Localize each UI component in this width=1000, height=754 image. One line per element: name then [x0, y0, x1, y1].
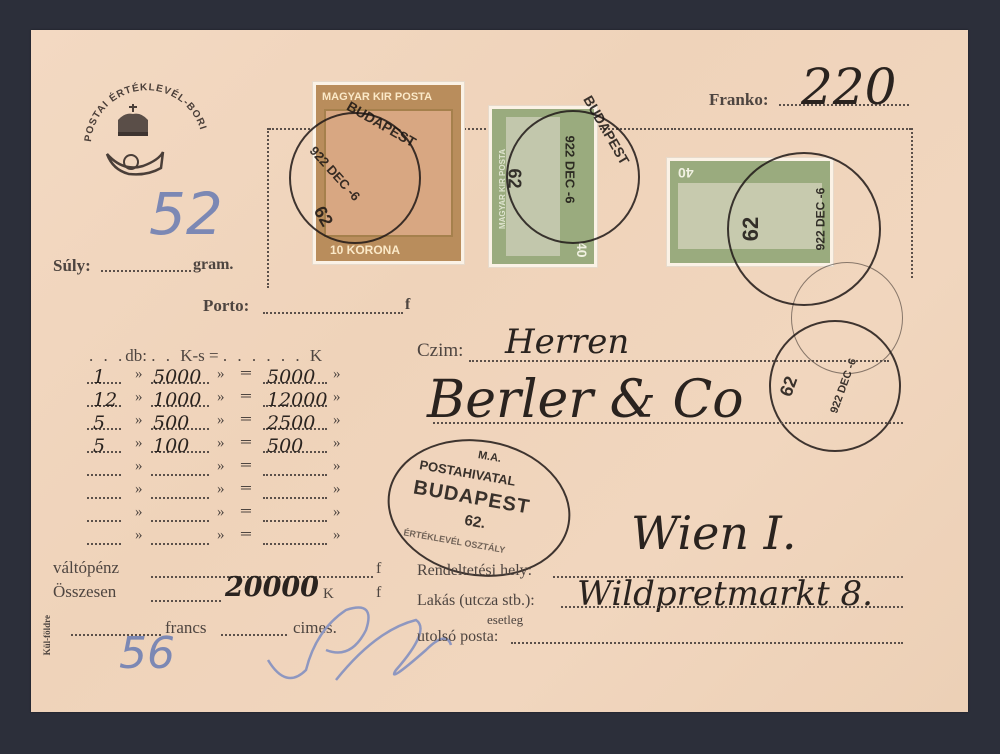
- ledger-separator: »: [135, 435, 143, 452]
- budapest-cancel-2: BUDAPEST 922 DEC -6 62: [506, 110, 640, 244]
- destination-value: Wien I.: [631, 506, 796, 560]
- handwritten-weight-note: 52: [149, 180, 223, 248]
- ledger-count-dots: [87, 543, 121, 545]
- ledger-total: 12000: [267, 389, 327, 411]
- address-line-2: Berler & Co: [427, 370, 744, 430]
- address-dots-1: [469, 360, 889, 362]
- last-post-dots: [511, 642, 903, 644]
- ledger-count: 5: [93, 435, 105, 457]
- ledger-separator: »: [135, 504, 143, 521]
- ledger-separator: »: [135, 527, 143, 544]
- ledger-separator: »: [333, 481, 341, 498]
- ledger-denom: 100: [153, 435, 189, 457]
- ledger-denom: 500: [153, 412, 189, 434]
- ledger-count-dots: [87, 520, 121, 522]
- ledger-count-dots: [87, 474, 121, 476]
- envelope: POSTAI ÉRTÉKLEVÉL-BORITÉK 52 Súly: gram.…: [31, 30, 968, 712]
- ledger-header-count: db:: [125, 346, 147, 365]
- porto-dots: [263, 312, 403, 314]
- ledger-header-equals: =: [209, 346, 219, 365]
- total-label: Összesen: [53, 582, 116, 602]
- ledger-total: 2500: [267, 412, 315, 434]
- ledger-separator: »: [135, 458, 143, 475]
- ledger-total-dots: [263, 520, 327, 522]
- ledger-separator: »: [217, 366, 225, 383]
- ledger-denom: 5000: [153, 366, 201, 388]
- street-value: Wildpretmarkt 8.: [577, 574, 873, 614]
- ledger-denom: 1000: [153, 389, 201, 411]
- ledger-separator: »: [333, 366, 341, 383]
- lakas-dots: [561, 606, 903, 608]
- lakas-label: Lakás (utcza stb.):: [417, 592, 535, 610]
- destination-label: Rendeltetési hely:: [417, 562, 532, 580]
- ledger-separator: »: [217, 412, 225, 429]
- ledger-separator: »: [217, 389, 225, 406]
- ledger-separator: »: [217, 527, 225, 544]
- ledger-count: 1: [93, 366, 105, 388]
- czim-label: Czim:: [417, 340, 463, 362]
- ledger-separator: »: [135, 389, 143, 406]
- ledger-total-dots: [263, 474, 327, 476]
- ledger-count-dots: [87, 497, 121, 499]
- stamp-area-right-dots: [911, 128, 913, 278]
- ledger-separator: »: [333, 504, 341, 521]
- weight-dots: [101, 270, 191, 272]
- ledger-separator: »: [135, 481, 143, 498]
- franko-label: Franko:: [709, 90, 769, 110]
- ledger-equals: ═: [241, 481, 251, 497]
- ledger-equals: ═: [241, 458, 251, 474]
- ledger-separator: »: [135, 412, 143, 429]
- ledger-count: 12: [93, 389, 117, 411]
- ledger-separator: »: [333, 527, 341, 544]
- ledger-denom-dots: [151, 543, 209, 545]
- ledger-equals: ═: [241, 527, 251, 543]
- ledger-separator: »: [333, 435, 341, 452]
- ledger-equals: ═: [241, 504, 251, 520]
- stamp-value: 10 KORONA: [330, 243, 400, 257]
- ledger-separator: »: [217, 481, 225, 498]
- ledger-equals: ═: [241, 435, 251, 451]
- ledger-header: . . .db: . . K-s = . . . . . . K: [89, 346, 322, 366]
- ledger-denom-dots: [151, 520, 209, 522]
- ledger-header-denom: K-s: [180, 346, 205, 365]
- ledger-header-total: K: [310, 346, 322, 365]
- stamp-value: 40: [574, 242, 590, 258]
- change-label: váltópénz: [53, 558, 119, 578]
- ledger-separator: »: [333, 389, 341, 406]
- ledger-separator: »: [217, 458, 225, 475]
- stamp-header: MAGYAR KIR POSTA: [322, 91, 432, 103]
- ledger-total: 5000: [267, 366, 315, 388]
- ledger-separator: »: [217, 435, 225, 452]
- crown-icon: [113, 102, 153, 142]
- ledger-total-dots: [263, 497, 327, 499]
- ledger-total-dots: [263, 543, 327, 545]
- porto-label: Porto:: [203, 296, 249, 316]
- budapest-cancel-4: 62 922 DEC -6: [769, 320, 901, 452]
- stamp-area-left-dots: [267, 128, 269, 288]
- stamp-area-top-dots-right: [671, 128, 911, 130]
- foreign-label: Kül-földre: [43, 615, 63, 655]
- weight-label: Súly:: [53, 256, 91, 276]
- change-unit: f: [376, 560, 381, 578]
- address-line-1: Herren: [505, 322, 629, 362]
- ledger-denom-dots: [151, 474, 209, 476]
- franko-value: 220: [801, 58, 896, 116]
- total-dots: [151, 600, 221, 602]
- handwritten-bottom-note: 56: [119, 628, 175, 679]
- stamp-header: MAGYAR KIR POSTA: [498, 149, 507, 229]
- ledger-separator: »: [217, 504, 225, 521]
- post-horn-icon: [103, 146, 167, 180]
- esetleg-label: esetleg: [487, 612, 523, 628]
- weight-unit: gram.: [193, 256, 233, 274]
- ledger-denom-dots: [151, 497, 209, 499]
- ledger-count: 5: [93, 412, 105, 434]
- address-dots-2: [433, 422, 903, 424]
- ledger-separator: »: [333, 458, 341, 475]
- porto-unit: f: [405, 296, 410, 314]
- ledger-equals: ═: [241, 412, 251, 428]
- budapest-cancel-1: BUDAPEST 922 DEC -6 62: [289, 112, 421, 244]
- ledger-total: 500: [267, 435, 303, 457]
- ledger-equals: ═: [241, 366, 251, 382]
- stamp-value: 40: [678, 165, 694, 181]
- ledger-separator: »: [333, 412, 341, 429]
- last-post-label: utolsó posta:: [417, 628, 498, 646]
- ledger-separator: »: [135, 366, 143, 383]
- ledger-equals: ═: [241, 389, 251, 405]
